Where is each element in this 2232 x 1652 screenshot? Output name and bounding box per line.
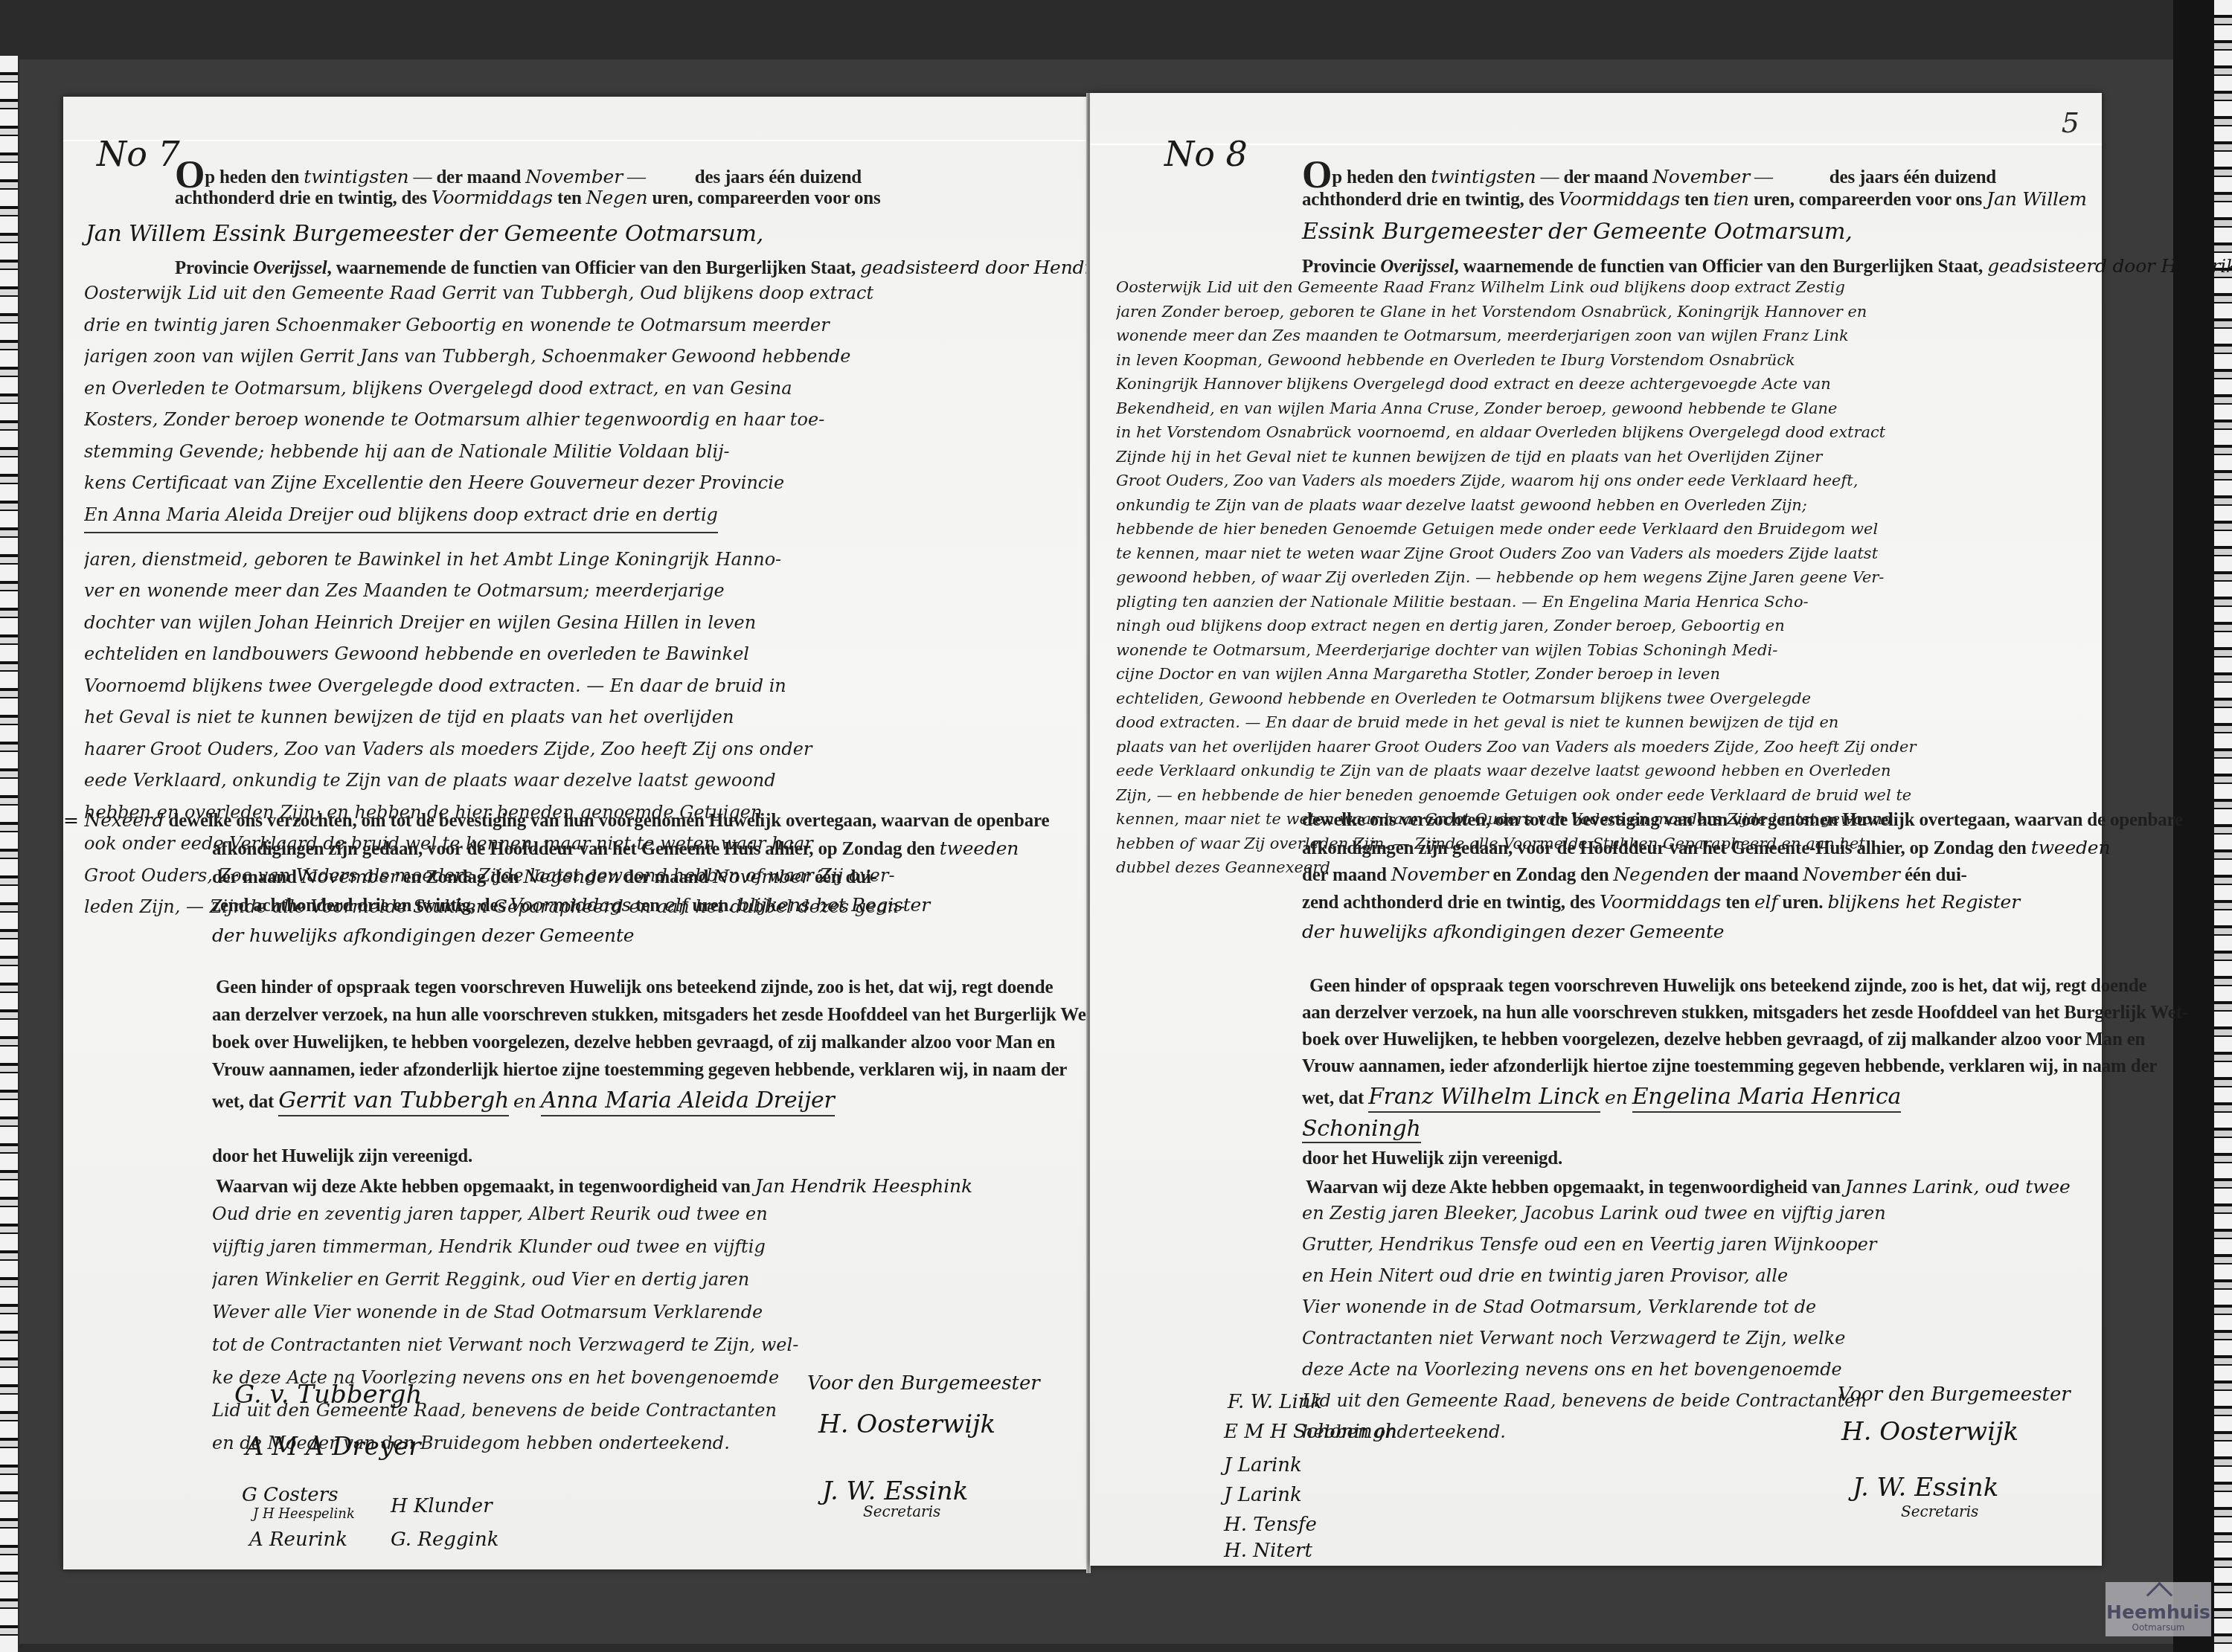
signature-party-5: H. Tensfe (1224, 1514, 1317, 1536)
month-field: November (525, 166, 623, 187)
declaration-line-5: wet, dat Gerrit van Tubbergh en Anna Mar… (212, 1090, 835, 1112)
banns-line-3: der maand November en Zondag den Negende… (212, 867, 877, 887)
declaration-line-5: wet, dat Franz Wilhelm Linck en Engelina… (1302, 1086, 1901, 1108)
declaration-line-4: Vrouw aannamen, ieder afzonderlijk hiert… (212, 1061, 1067, 1079)
banns-line-3: der maand November en Zondag den Negende… (1302, 865, 1967, 884)
signature-party-6: A Reurink (249, 1529, 347, 1551)
heemhuis-watermark-logo: Heemhuis Ootmarsum (2106, 1582, 2211, 1636)
left-page: No 7 OOp heden denp heden den twintigste… (63, 97, 1090, 1569)
signature-party-7: G. Reggink (391, 1529, 498, 1551)
banns-line-5: der huwelijks afkondigingen dezer Gemeen… (212, 926, 634, 945)
declaration-line-4: Vrouw aannamen, ieder afzonderlijk hiert… (1302, 1057, 2157, 1076)
film-strip-right (2214, 0, 2232, 1652)
banns-line-2: afkondigingen zijn gedaan, voor de Hoofd… (212, 839, 1019, 858)
signature-party-2: A M A Dreyer (246, 1432, 421, 1462)
officials-label: Voor den Burgemeester (807, 1372, 1040, 1395)
banns-line-1: = Nexeerd dewelke ons verzochten, om tot… (63, 811, 1049, 830)
declaration-line-2: aan derzelver verzoek, na hun alle voors… (1302, 1003, 2188, 1022)
bride-name-continued: Schoningh (1302, 1118, 1421, 1143)
right-page: 5 No 8 Op heden den twintigsten — der ma… (1090, 93, 2102, 1566)
day-field: twintigsten (304, 166, 408, 187)
signature-party-2: E M H Schoningh (1224, 1421, 1397, 1443)
daypart-field: Voormiddags (432, 187, 553, 208)
handwritten-body: Oosterwijk Lid uit den Gemeente Raad Fra… (1116, 275, 2091, 880)
declaration-line-6: door het Huwelijk zijn vereenigd. (1302, 1149, 1562, 1168)
official-name-line: Jan Willem Essink Burgemeester der Gemee… (86, 223, 763, 245)
banns-line-5: der huwelijks afkondigingen dezer Gemeen… (1302, 922, 1724, 941)
declaration-line-1: Geen hinder of opspraak tegen voorschrev… (1309, 977, 2146, 995)
signature-official-2-title: Secretaris (1901, 1502, 1978, 1520)
witnesses-handwritten: en Zestig jaren Bleeker, Jacobus Larink … (1302, 1198, 2091, 1447)
fold-line (63, 140, 1090, 141)
declaration-line-6: door het Huwelijk zijn vereenigd. (212, 1147, 472, 1166)
signature-official-2: J. W. Essink (1853, 1473, 1998, 1502)
banns-line-4: zend achthonderd drie en twintig, des Vo… (212, 896, 930, 915)
signature-party-6: H. Nitert (1224, 1540, 1312, 1562)
signature-party-1: F. W. Link (1228, 1391, 1322, 1413)
signature-official-2-title: Secretaris (863, 1502, 940, 1520)
declaration-line-3: boek over Huwelijken, te hebben voorgele… (1302, 1030, 2145, 1049)
header-line-2: achthonderd drie en twintig, des Voormid… (1302, 190, 2087, 209)
declaration-line-3: boek over Huwelijken, te hebben voorgele… (212, 1033, 1055, 1052)
signature-official-2: J. W. Essink (822, 1476, 968, 1506)
act-number: No 7 (97, 134, 180, 174)
witnesses-line-1: Waarvan wij deze Akte hebben opgemaakt, … (1306, 1177, 2071, 1197)
film-strip-left (0, 56, 18, 1652)
groom-name: Franz Wilhelm Linck (1368, 1084, 1600, 1113)
hour-field: Negen (586, 187, 648, 208)
official-name-line: Essink Burgemeester der Gemeente Ootmars… (1302, 221, 1853, 243)
banns-line-1: dewelke ons verzochten, om tot de bevest… (1302, 811, 2183, 829)
groom-name: Gerrit van Tubbergh (278, 1087, 509, 1116)
signature-party-3: J Larink (1224, 1454, 1302, 1476)
banns-line-4: zend achthonderd drie en twintig, des Vo… (1302, 893, 2020, 912)
witnesses-line-1: Waarvan wij deze Akte hebben opgemaakt, … (216, 1177, 972, 1196)
declaration-line-2: aan derzelver verzoek, na hun alle voors… (212, 1006, 1098, 1024)
signature-party-5: H Klunder (391, 1495, 493, 1517)
bride-name: Anna Maria Aleida Dreijer (541, 1087, 835, 1116)
declaration-line-1: Geen hinder of opspraak tegen voorschrev… (216, 978, 1053, 997)
bride-name: Engelina Maria Henrica (1632, 1084, 1902, 1113)
folio-number: 5 (2062, 106, 2079, 139)
signature-party-4: J H Heespelink (253, 1506, 355, 1522)
officials-label: Voor den Burgemeester (1838, 1383, 2071, 1406)
signature-party-4: J Larink (1224, 1484, 1302, 1506)
header-line-4: Provincie Overijssel, waarnemende de fun… (1302, 257, 2232, 276)
signature-official-1: H. Oosterwijk (1841, 1417, 2018, 1447)
header-line-4: Provincie Overijssel, waarnemende de fun… (175, 258, 1110, 277)
signature-party-3: G Costers (242, 1484, 339, 1506)
signature-party-1: G. v. Tubbergh (234, 1380, 423, 1410)
header-line-2: achthonderd drie en twintig, des Voormid… (175, 188, 880, 208)
banns-line-2: afkondigingen zijn gedaan, voor de Hoofd… (1302, 838, 2110, 858)
signature-official-1: H. Oosterwijk (818, 1410, 995, 1439)
act-number: No 8 (1164, 134, 1248, 174)
